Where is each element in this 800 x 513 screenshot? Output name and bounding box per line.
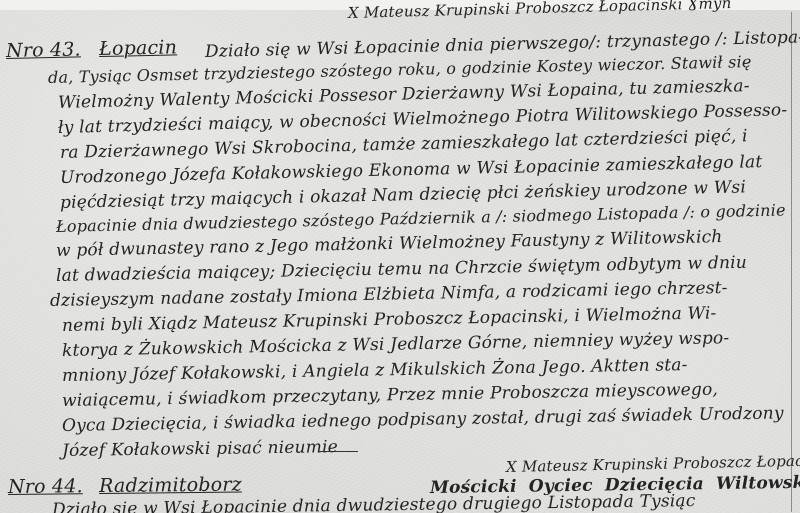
entry-number-44: Nro 44. Radzimitoborz bbox=[8, 474, 242, 498]
entry-number: Nro 43. bbox=[6, 38, 81, 62]
end-of-text-dash bbox=[318, 451, 358, 452]
entry-place: Radzimitoborz bbox=[99, 474, 242, 497]
entry-number-43: Nro 43. Łopacin bbox=[6, 36, 177, 62]
margin-rule-line bbox=[791, 12, 792, 512]
scanned-document-page: X Mateusz Krupinski Proboszcz Łopacinski… bbox=[0, 0, 800, 513]
entry-place: Łopacin bbox=[99, 36, 177, 60]
signature-entry-43: X Mateusz Krupinski Proboszcz Łopacinski… bbox=[506, 450, 800, 476]
entry-number: Nro 44. bbox=[8, 475, 83, 498]
signature-previous-entry: X Mateusz Krupinski Proboszcz Łopacinski… bbox=[348, 0, 732, 22]
entry-43-line-17: Józef Kołakowski pisać nieumie bbox=[62, 437, 338, 461]
